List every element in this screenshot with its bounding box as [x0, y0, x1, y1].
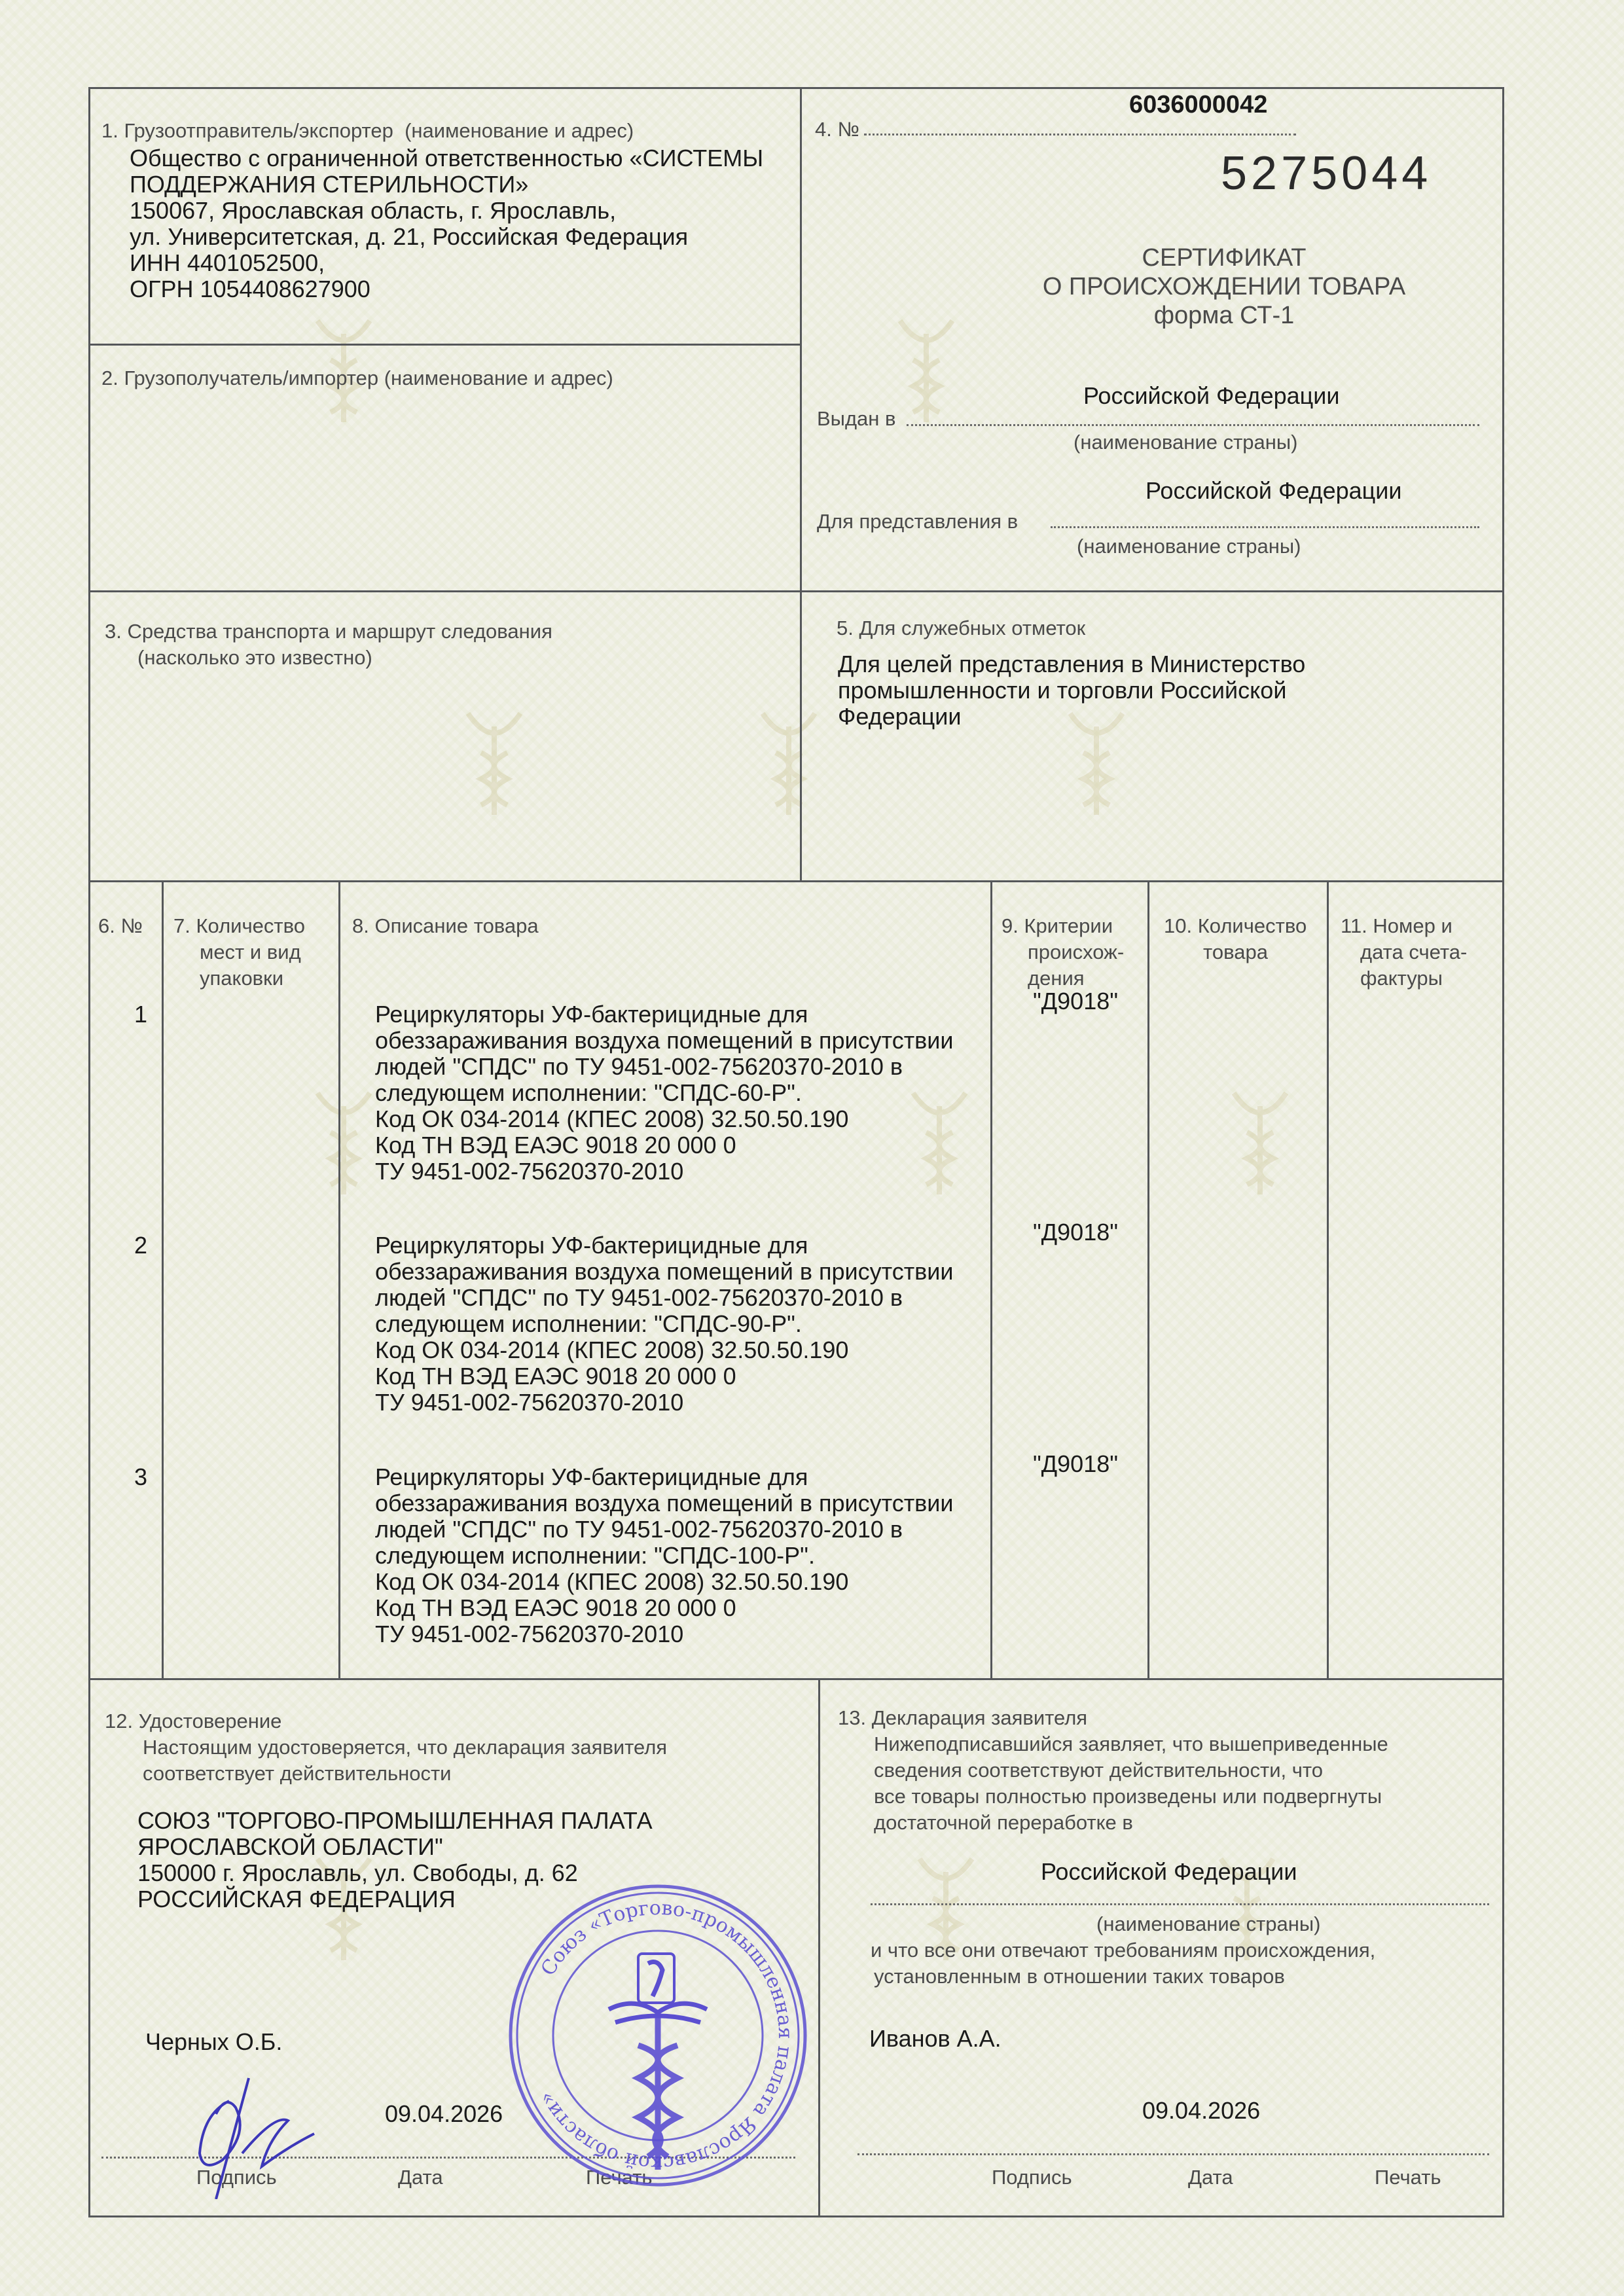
- goods-description-line: Рециркуляторы УФ-бактерицидные для: [375, 1232, 808, 1259]
- top-section-bottom: [88, 880, 1504, 882]
- date-caption: Дата: [1188, 2164, 1233, 2191]
- presentation-label: Для представления в: [817, 509, 1018, 535]
- goods-description-line: обеззараживания воздуха помещений в прис…: [375, 1490, 954, 1516]
- service-note-line: промышленности и торговли Российской: [838, 677, 1286, 704]
- issued-in-caption: (наименование страны): [1074, 429, 1297, 456]
- goods-description-line: ТУ 9451-002-75620370-2010: [375, 1158, 683, 1185]
- handwritten-signature-icon: [190, 2075, 360, 2199]
- box13-text: Нижеподписавшийся заявляет, что вышеприв…: [874, 1731, 1388, 1757]
- goods-description-line: следующем исполнении: "СПДС-60-Р".: [375, 1080, 802, 1106]
- frame-right: [1502, 87, 1504, 2217]
- box2-bottom: [88, 590, 1504, 592]
- caduceus-watermark-icon: [308, 1086, 380, 1198]
- exporter-line: ул. Университетская, д. 21, Российская Ф…: [130, 224, 688, 250]
- table-col-divider: [1147, 880, 1149, 1680]
- caduceus-watermark-icon: [903, 1086, 975, 1198]
- caduceus-watermark-icon: [753, 707, 825, 818]
- frame-bottom: [88, 2215, 1504, 2217]
- exporter-line: ОГРН 1054408627900: [130, 276, 370, 302]
- certificate-title: СЕРТИФИКАТ: [1093, 243, 1355, 272]
- header-col11: дата счета-: [1360, 939, 1467, 965]
- top-section-divider: [800, 87, 802, 882]
- chamber-line: ЯРОСЛАВСКОЙ ОБЛАСТИ": [137, 1834, 443, 1860]
- service-note-line: Федерации: [838, 704, 962, 730]
- declarant-name: Иванов А.А.: [869, 2026, 1001, 2052]
- box5-label: 5. Для служебных отметок: [837, 615, 1085, 641]
- certificate-subtitle: О ПРОИСХОЖДЕНИИ ТОВАРА: [962, 272, 1486, 301]
- box1-bottom: [88, 344, 802, 346]
- box12-text: Настоящим удостоверяется, что декларация…: [143, 1734, 667, 1761]
- header-col9: происхож-: [1028, 939, 1124, 965]
- row-number: 2: [134, 1232, 147, 1259]
- box3-label: 3. Средства транспорта и маршрут следова…: [105, 619, 552, 645]
- signature-caption: Подпись: [992, 2164, 1072, 2191]
- caduceus-watermark-icon: [1224, 1086, 1296, 1198]
- row-number: 1: [134, 1001, 147, 1028]
- goods-description-line: Код ТН ВЭД ЕАЭС 9018 20 000 0: [375, 1132, 736, 1158]
- header-col10: товара: [1203, 939, 1268, 965]
- goods-description-line: Рециркуляторы УФ-бактерицидные для: [375, 1464, 808, 1490]
- origin-criteria: "Д9018": [1033, 988, 1118, 1014]
- certificate-form: форма СТ-1: [1093, 301, 1355, 330]
- goods-description-line: Рециркуляторы УФ-бактерицидные для: [375, 1001, 808, 1028]
- certifier-name: Черных О.Б.: [145, 2029, 282, 2055]
- declarant-dotted-line: [857, 2153, 1489, 2155]
- table-col-divider: [162, 880, 164, 1680]
- goods-description-line: людей "СПДС" по ТУ 9451-002-75620370-201…: [375, 1516, 903, 1543]
- goods-description-line: Код ОК 034-2014 (КПЕС 2008) 32.50.50.190: [375, 1569, 848, 1595]
- goods-description-line: Код ОК 034-2014 (КПЕС 2008) 32.50.50.190: [375, 1337, 848, 1363]
- box12-label: 12. Удостоверение: [105, 1708, 281, 1734]
- frame-left: [88, 87, 90, 2217]
- header-col6: 6. №: [98, 913, 143, 939]
- table-col-divider: [990, 880, 992, 1680]
- goods-description-line: следующем исполнении: "СПДС-90-Р".: [375, 1311, 802, 1337]
- goods-description-line: Код ТН ВЭД ЕАЭС 9018 20 000 0: [375, 1595, 736, 1621]
- goods-description-line: людей "СПДС" по ТУ 9451-002-75620370-201…: [375, 1285, 903, 1311]
- presentation-value: Российской Федерации: [1146, 478, 1401, 504]
- date-caption: Дата: [398, 2164, 443, 2191]
- box13-tail: установленным в отношении таких товаров: [874, 1964, 1285, 1990]
- box13-label: 13. Декларация заявителя: [838, 1705, 1087, 1731]
- box2-label: 2. Грузополучатель/импортер (наименовани…: [101, 365, 613, 391]
- box3-label-sub: (насколько это известно): [137, 645, 372, 671]
- country-dotted-line: [871, 1903, 1489, 1905]
- box13-tail: и что все они отвечают требованиям проис…: [871, 1937, 1375, 1964]
- goods-description-line: Код ОК 034-2014 (КПЕС 2008) 32.50.50.190: [375, 1106, 848, 1132]
- header-col11: фактуры: [1360, 965, 1443, 992]
- header-col8: 8. Описание товара: [352, 913, 539, 939]
- serial-top: 6036000042: [1129, 92, 1267, 118]
- header-col7: мест и вид: [200, 939, 301, 965]
- table-bottom: [88, 1678, 1504, 1680]
- header-col7: упаковки: [200, 965, 283, 992]
- origin-criteria: "Д9018": [1033, 1451, 1118, 1477]
- box1-label: 1. Грузоотправитель/экспортер (наименова…: [101, 118, 634, 144]
- issued-in-value: Российской Федерации: [1083, 383, 1339, 409]
- goods-description-line: обеззараживания воздуха помещений в прис…: [375, 1028, 954, 1054]
- header-col9: 9. Критерии: [1001, 913, 1113, 939]
- box12-text: соответствует действительности: [143, 1761, 452, 1787]
- origin-criteria: "Д9018": [1033, 1219, 1118, 1246]
- header-col7: 7. Количество: [173, 913, 305, 939]
- issued-in-dotted-line: [907, 424, 1479, 426]
- serial-number: 5275044: [1221, 147, 1432, 200]
- exporter-line: 150067, Ярославская область, г. Ярославл…: [130, 198, 616, 224]
- box4-label: 4. №: [815, 117, 859, 143]
- table-col-divider: [1327, 880, 1329, 1680]
- certifier-date: 09.04.2026: [385, 2101, 503, 2127]
- issued-in-label: Выдан в: [817, 406, 896, 432]
- box13-text: все товары полностью произведены или под…: [874, 1784, 1382, 1810]
- declared-country: Российской Федерации: [1041, 1859, 1297, 1885]
- chamber-line: РОССИЙСКАЯ ФЕДЕРАЦИЯ: [137, 1886, 456, 1912]
- exporter-line: ПОДДЕРЖАНИЯ СТЕРИЛЬНОСТИ»: [130, 171, 528, 198]
- exporter-line: ИНН 4401052500,: [130, 250, 325, 276]
- goods-description-line: людей "СПДС" по ТУ 9451-002-75620370-201…: [375, 1054, 903, 1080]
- declarant-date: 09.04.2026: [1142, 2098, 1260, 2124]
- header-col11: 11. Номер и: [1341, 913, 1453, 939]
- caduceus-watermark-icon: [1060, 707, 1132, 818]
- presentation-dotted-line: [1051, 526, 1479, 528]
- chamber-line: СОЮЗ "ТОРГОВО-ПРОМЫШЛЕННАЯ ПАЛАТА: [137, 1808, 653, 1834]
- frame-top: [88, 87, 1504, 89]
- chamber-seal-stamp-icon: Союз «Торгово-промышленная палата Яросла…: [504, 1882, 812, 2189]
- caduceus-watermark-icon: [458, 707, 530, 818]
- goods-description-line: следующем исполнении: "СПДС-100-Р".: [375, 1543, 815, 1569]
- row-number: 3: [134, 1464, 147, 1490]
- svg-text:Союз «Торгово-промышленная пал: Союз «Торгово-промышленная палата Яросла…: [534, 1897, 797, 2174]
- goods-description-line: Код ТН ВЭД ЕАЭС 9018 20 000 0: [375, 1363, 736, 1390]
- header-col10: 10. Количество: [1164, 913, 1307, 939]
- number-dotted-line: [864, 134, 1296, 135]
- goods-description-line: ТУ 9451-002-75620370-2010: [375, 1621, 683, 1647]
- box13-text: достаточной переработке в: [874, 1810, 1133, 1836]
- exporter-line: Общество с ограниченной ответственностью…: [130, 145, 763, 171]
- presentation-caption: (наименование страны): [1077, 533, 1301, 560]
- goods-description-line: обеззараживания воздуха помещений в прис…: [375, 1259, 954, 1285]
- goods-description-line: ТУ 9451-002-75620370-2010: [375, 1390, 683, 1416]
- table-col-divider: [338, 880, 340, 1680]
- bottom-section-divider: [818, 1678, 820, 2217]
- caduceus-watermark-icon: [890, 314, 962, 425]
- declared-country-caption: (наименование страны): [1096, 1911, 1320, 1937]
- seal-caption: Печать: [1375, 2164, 1441, 2191]
- box13-text: сведения соответствуют действительности,…: [874, 1757, 1323, 1784]
- service-note-line: Для целей представления в Министерство: [838, 651, 1305, 677]
